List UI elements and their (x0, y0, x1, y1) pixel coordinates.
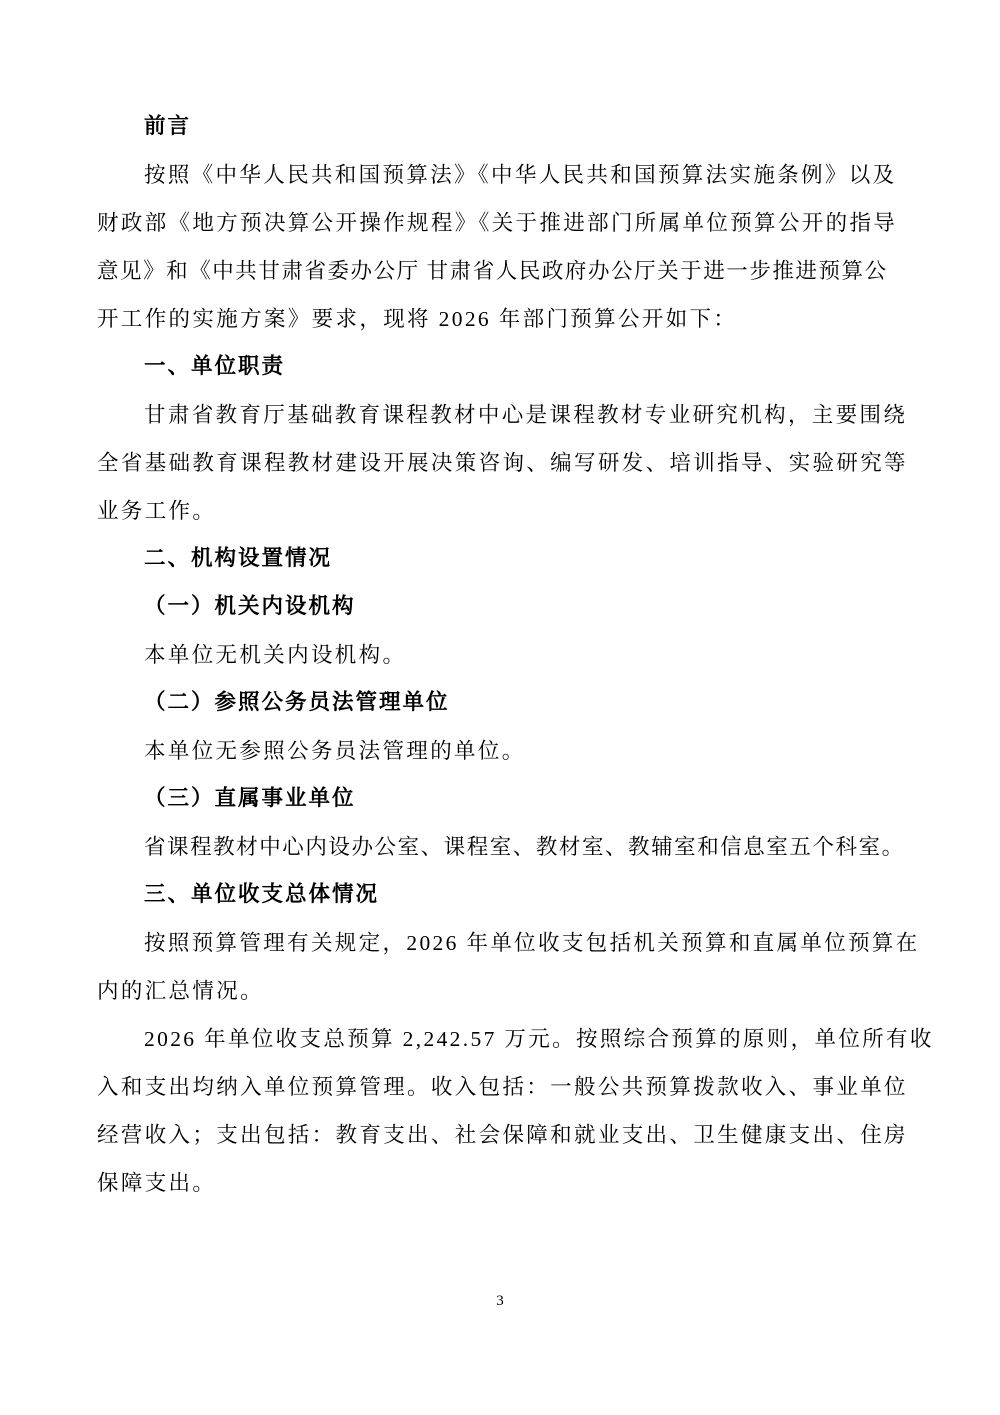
section-heading: 一、单位职责 (97, 343, 908, 391)
paragraph-line: 经营收入；支出包括：教育支出、社会保障和就业支出、卫生健康支出、住房 (97, 1111, 908, 1159)
paragraph-line: 财政部《地方预决算公开操作规程》《关于推进部门所属单位预算公开的指导 (97, 199, 908, 247)
paragraph-line: 按照预算管理有关规定，2026 年单位收支包括机关预算和直属单位预算在 (97, 919, 908, 967)
section-heading: （二）参照公务员法管理单位 (97, 679, 908, 727)
paragraph-line: 意见》和《中共甘肃省委办公厅 甘肃省人民政府办公厅关于进一步推进预算公 (97, 247, 908, 295)
section-heading: （一）机关内设机构 (97, 583, 908, 631)
paragraph-line: 按照《中华人民共和国预算法》《中华人民共和国预算法实施条例》以及 (97, 151, 908, 199)
paragraph-line: 本单位无参照公务员法管理的单位。 (97, 727, 908, 775)
paragraph-line: 内的汇总情况。 (97, 967, 908, 1015)
paragraph-line: 开工作的实施方案》要求，现将 2026 年部门预算公开如下： (97, 295, 908, 343)
paragraph-line: 业务工作。 (97, 487, 908, 535)
paragraph-line: 保障支出。 (97, 1159, 908, 1207)
section-heading: 二、机构设置情况 (97, 535, 908, 583)
paragraph-line: 全省基础教育课程教材建设开展决策咨询、编写研发、培训指导、实验研究等 (97, 439, 908, 487)
paragraph-line: 本单位无机关内设机构。 (97, 631, 908, 679)
document-page: 前言按照《中华人民共和国预算法》《中华人民共和国预算法实施条例》以及财政部《地方… (0, 0, 1000, 1415)
page-number: 3 (0, 1290, 1000, 1312)
paragraph-line: 甘肃省教育厅基础教育课程教材中心是课程教材专业研究机构，主要围绕 (97, 391, 908, 439)
document-body: 前言按照《中华人民共和国预算法》《中华人民共和国预算法实施条例》以及财政部《地方… (97, 103, 908, 1207)
section-heading: 前言 (97, 103, 908, 151)
section-heading: 三、单位收支总体情况 (97, 871, 908, 919)
paragraph-line: 省课程教材中心内设办公室、课程室、教材室、教辅室和信息室五个科室。 (97, 823, 908, 871)
section-heading: （三）直属事业单位 (97, 775, 908, 823)
paragraph-line: 入和支出均纳入单位预算管理。收入包括：一般公共预算拨款收入、事业单位 (97, 1063, 908, 1111)
paragraph-line: 2026 年单位收支总预算 2,242.57 万元。按照综合预算的原则，单位所有… (97, 1015, 908, 1063)
